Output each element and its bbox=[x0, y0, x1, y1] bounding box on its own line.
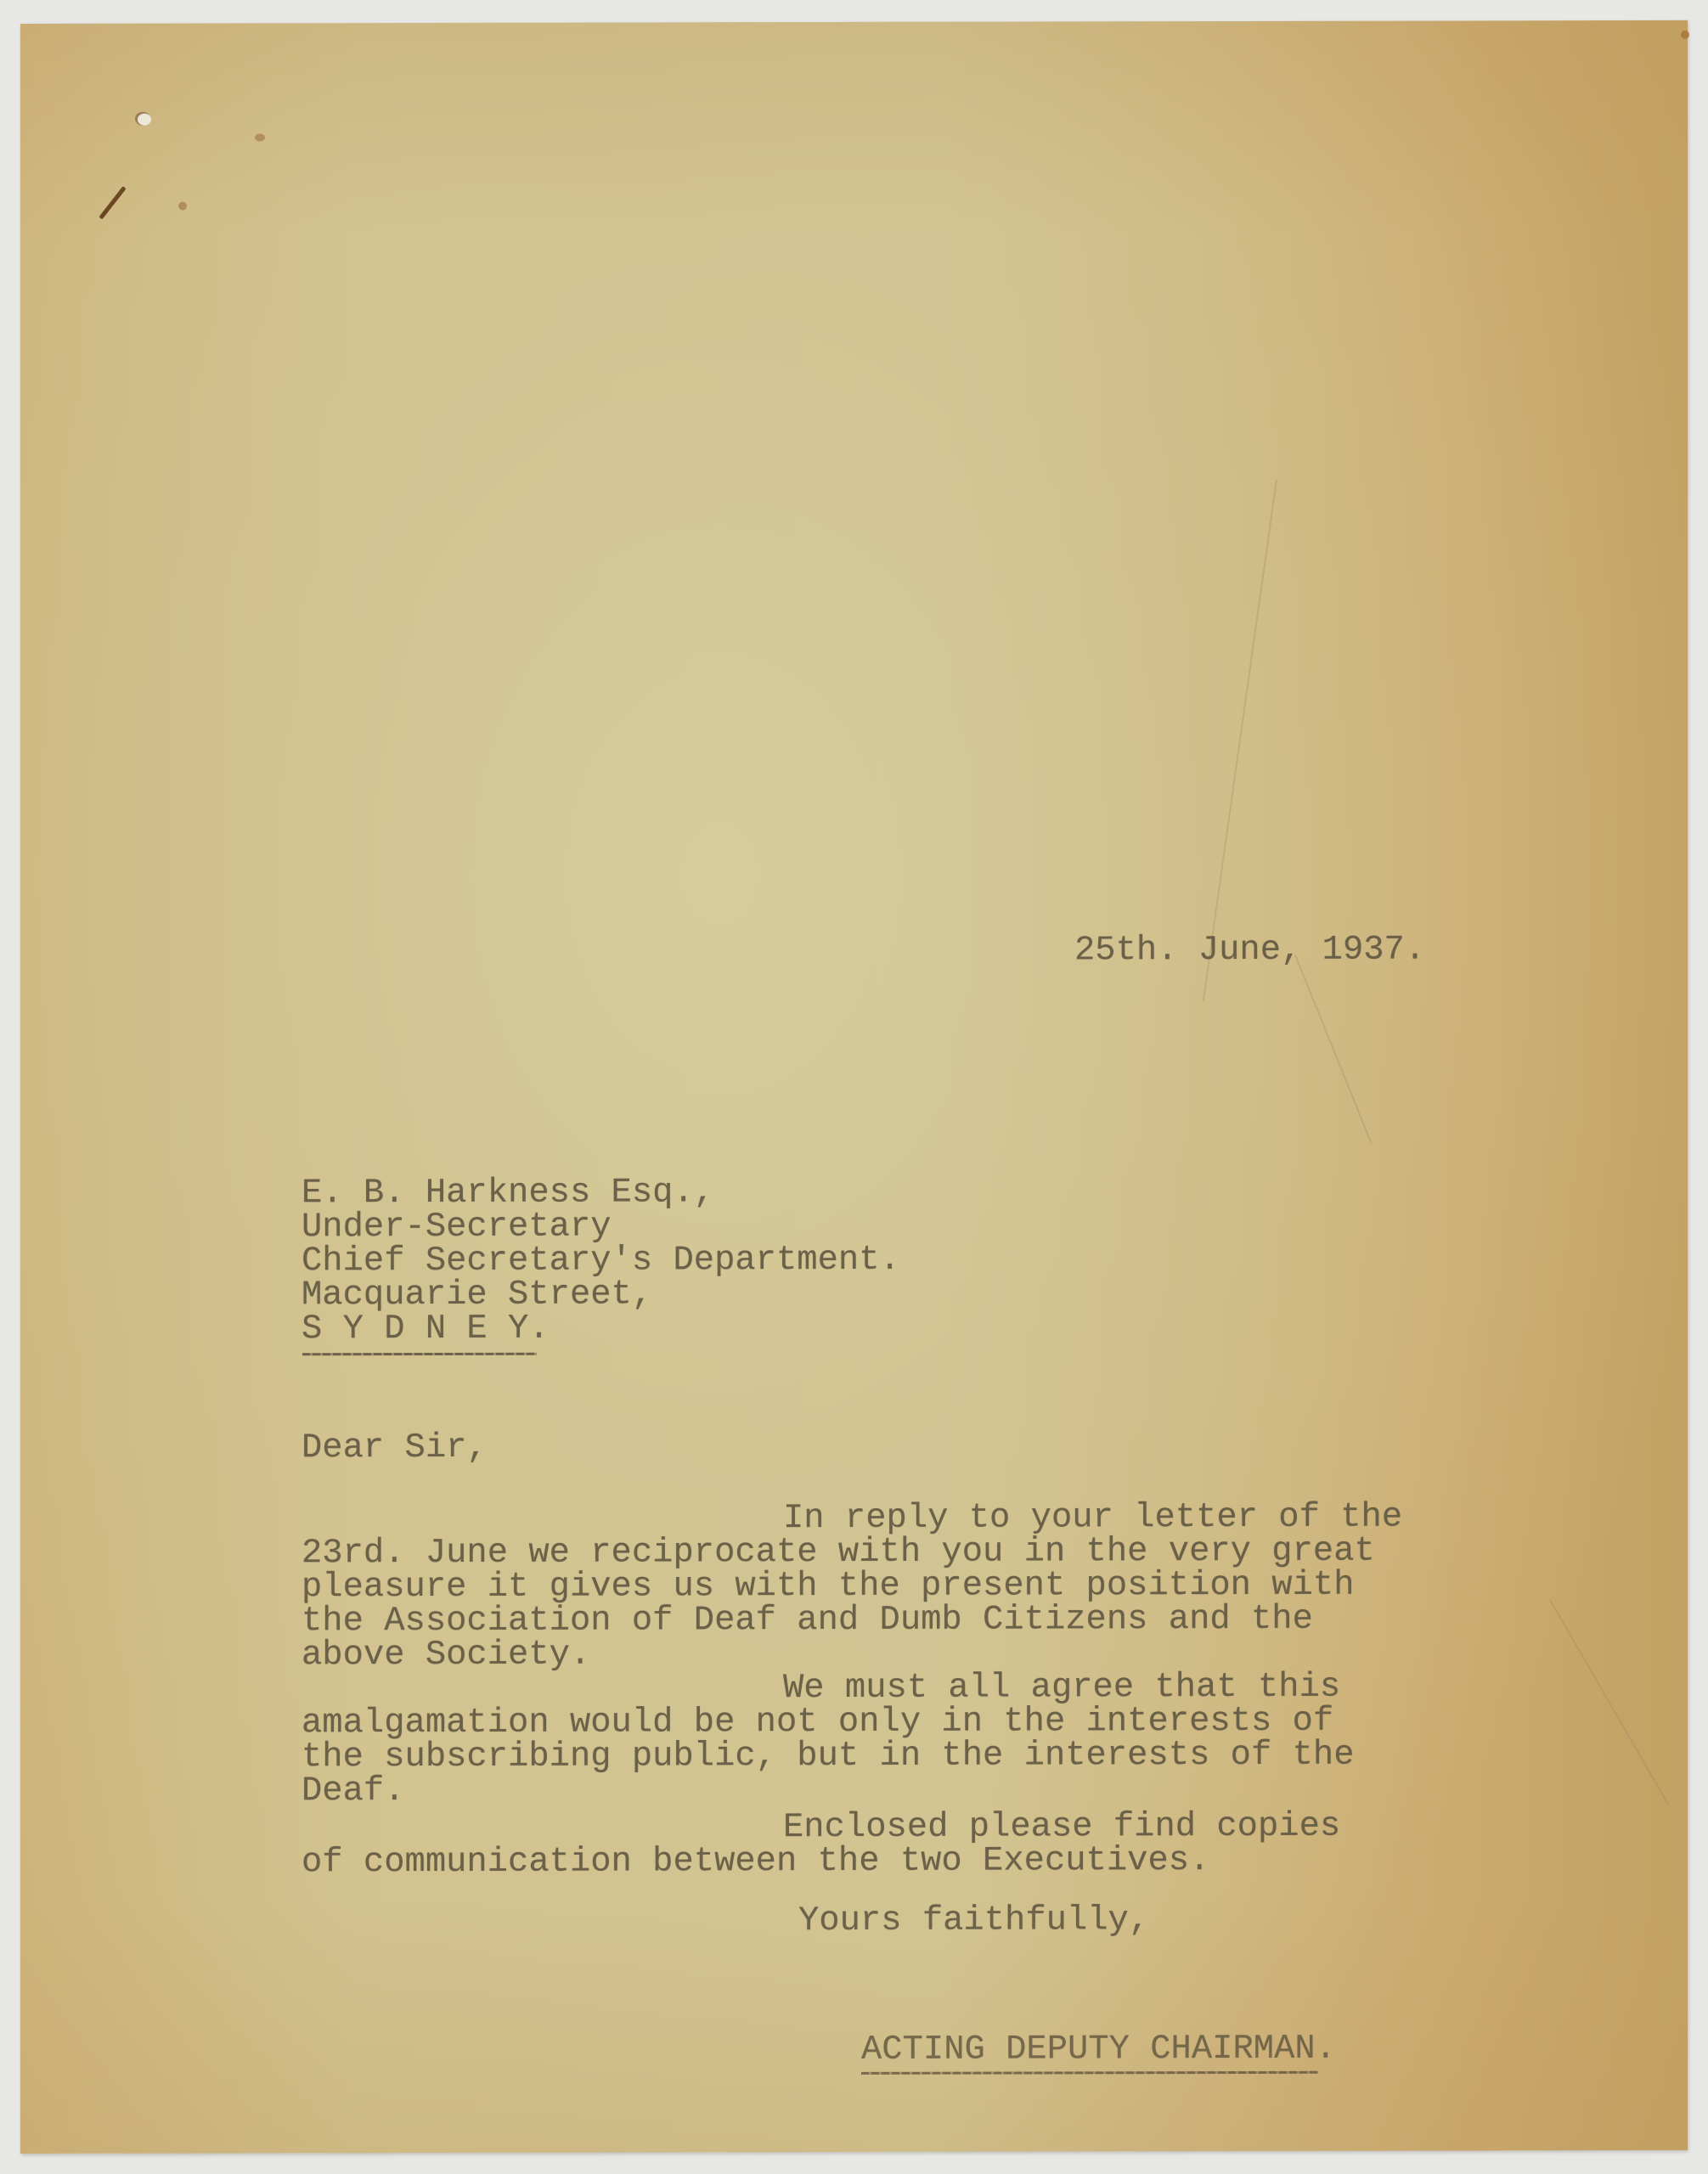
body-line: pleasure it gives us with the present po… bbox=[302, 1569, 1355, 1605]
city-underline bbox=[302, 1353, 537, 1356]
signature-title: ACTING DEPUTY CHAIRMAN. bbox=[861, 2032, 1336, 2067]
recipient-title: Under-Secretary bbox=[302, 1210, 612, 1245]
signature-underline bbox=[861, 2071, 1318, 2075]
recipient-city: S Y D N E Y. bbox=[302, 1312, 550, 1347]
body-paragraph-1: In reply to your letter of the 23rd. Jun… bbox=[20, 20, 1688, 24]
body-line: 23rd. June we reciprocate with you in th… bbox=[302, 1535, 1375, 1571]
body-paragraph-3: Enclosed please find copies of communica… bbox=[20, 20, 1688, 24]
paper-crease bbox=[1203, 480, 1277, 1001]
punch-hole-mark bbox=[138, 114, 151, 126]
recipient-department: Chief Secretary's Department. bbox=[302, 1243, 900, 1278]
salutation: Dear Sir, bbox=[302, 1431, 488, 1465]
stain-spot bbox=[1681, 31, 1689, 39]
letter-date: 25th. June, 1937. bbox=[1074, 933, 1425, 968]
body-line: In reply to your letter of the bbox=[783, 1501, 1402, 1536]
letter-paper: 25th. June, 1937. E. B. Harkness Esq., U… bbox=[20, 20, 1688, 2154]
scratch-mark bbox=[99, 186, 126, 219]
body-line: above Society. bbox=[302, 1638, 590, 1673]
stain-spot bbox=[178, 202, 187, 211]
recipient-street: Macquarie Street, bbox=[302, 1277, 652, 1312]
body-line: of communication between the two Executi… bbox=[302, 1844, 1209, 1879]
body-line: Enclosed please find copies bbox=[783, 1810, 1340, 1845]
paper-crease bbox=[1549, 1599, 1670, 1805]
body-line: the Association of Deaf and Dumb Citizen… bbox=[302, 1602, 1313, 1638]
paper-crease bbox=[1294, 955, 1373, 1144]
body-line: We must all agree that this bbox=[783, 1670, 1340, 1705]
body-paragraph-2: We must all agree that this amalgamation… bbox=[20, 20, 1688, 24]
body-line: amalgamation would be not only in the in… bbox=[302, 1704, 1333, 1741]
recipient-address: E. B. Harkness Esq., Under-Secretary Chi… bbox=[20, 20, 1688, 24]
stain-spot bbox=[255, 133, 265, 141]
body-line: Deaf. bbox=[302, 1774, 405, 1808]
recipient-name: E. B. Harkness Esq., bbox=[302, 1175, 714, 1210]
body-line: the subscribing public, but in the inter… bbox=[302, 1738, 1355, 1775]
closing: Yours faithfully, bbox=[798, 1903, 1149, 1938]
